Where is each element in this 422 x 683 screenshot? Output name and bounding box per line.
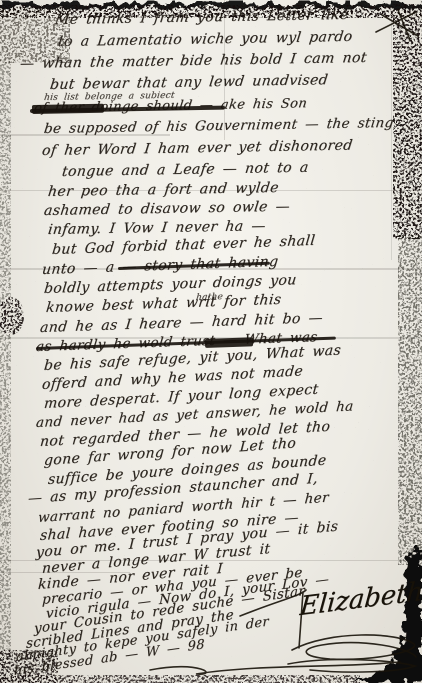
horizontal-fold-crease <box>0 572 130 573</box>
horizontal-fold-crease <box>0 560 422 561</box>
manuscript-line: — whan the matter bide his bold I cam no… <box>19 50 368 72</box>
manuscript-line: of her Word I ham ever yet dishonored <box>41 138 354 159</box>
manuscript-line: boldly attempts your doings you <box>43 272 297 297</box>
left-margin-ink-blob <box>0 297 24 335</box>
manuscript-line: — as my profession stauncher and I, <box>27 471 318 507</box>
manuscript-scan-page: Me thinks I fram you this Letter liketo … <box>0 0 422 683</box>
horizontal-fold-crease <box>0 134 170 136</box>
manuscript-line: and never had as yet answer, he wold ha <box>35 398 354 431</box>
manuscript-line: ashamed to disavow so owle — <box>43 199 291 219</box>
manuscript-line: and he as I heare — hard hit bo — <box>39 310 324 336</box>
horizontal-fold-crease <box>0 190 422 191</box>
manuscript-line: scribled Lines and pray the <box>26 607 234 652</box>
manuscript-line: his list belonge a subiect <box>43 91 175 103</box>
strikethrough-blob <box>32 104 104 114</box>
top-edge-speckle <box>0 5 422 18</box>
top-left-corner-speckle <box>0 8 70 63</box>
manuscript-line: warrant no paniard worth hir t — her <box>37 490 329 526</box>
signature-elizabeth: Elizabeth <box>299 577 422 623</box>
top-right-pen-mark <box>376 10 418 40</box>
horizontal-fold-crease <box>0 268 422 270</box>
bottom-edge-speckle <box>0 675 360 683</box>
manuscript-line: suffice be youre doinges as bounde <box>47 452 327 488</box>
manuscript-line: more desperat. If your long expect <box>43 382 319 412</box>
manuscript-line: but God forbid that ever he shall <box>51 233 316 258</box>
manuscript-line: knowe best what writ for this <box>45 292 282 316</box>
bottom-left-corner-speckle <box>0 650 58 683</box>
manuscript-line: offerd and why he was not made <box>41 363 303 393</box>
signature-flourish-loop <box>292 635 416 659</box>
manuscript-line: shal have ever footing so nire — <box>39 510 299 544</box>
left-edge-speckle <box>0 60 11 675</box>
manuscript-line: his blessed ab — W — 98 <box>14 637 205 679</box>
manuscript-line: infamy. I Vow I never ha — <box>47 218 267 238</box>
manuscript-line: vicio rigula — Now do I, your Lov — <box>46 571 329 622</box>
manuscript-line: hathe <box>195 292 223 303</box>
right-edge-speckle <box>393 4 422 239</box>
manuscript-line: you or me. I trust I pray you — it bis <box>36 518 339 561</box>
manuscript-line: tongue and a Leafe — not to a <box>61 160 310 180</box>
manuscript-line: but bewar that any lewd unadvised <box>49 72 329 93</box>
manuscript-line: almighty to kepe you safely in der <box>16 614 269 665</box>
manuscript-line: to a Lamentatio wiche you wyl pardo <box>57 29 353 50</box>
top-edge-stain <box>0 2 422 8</box>
bottom-underline-sweep <box>150 662 400 674</box>
vertical-fold-crease <box>224 0 225 140</box>
closing-flourish-stroke <box>240 590 306 616</box>
manuscript-line: kinde — nor ever rait I <box>38 561 224 593</box>
vertical-fold-crease <box>391 0 392 260</box>
signature-flourish-loop <box>288 660 415 673</box>
manuscript-line: gone far wrong for now Let tho <box>43 435 296 469</box>
manuscript-line: your Cousin to rede suche — Sistar <box>34 583 305 637</box>
bottom-right-corner-stain <box>352 550 422 683</box>
manuscript-line: not regarded ther — he wold let tho <box>39 419 331 450</box>
manuscript-line: Me thinks I fram you this Letter like <box>54 7 350 28</box>
right-edge-speckle-lower <box>398 235 422 565</box>
strikethrough-blob <box>205 337 253 348</box>
